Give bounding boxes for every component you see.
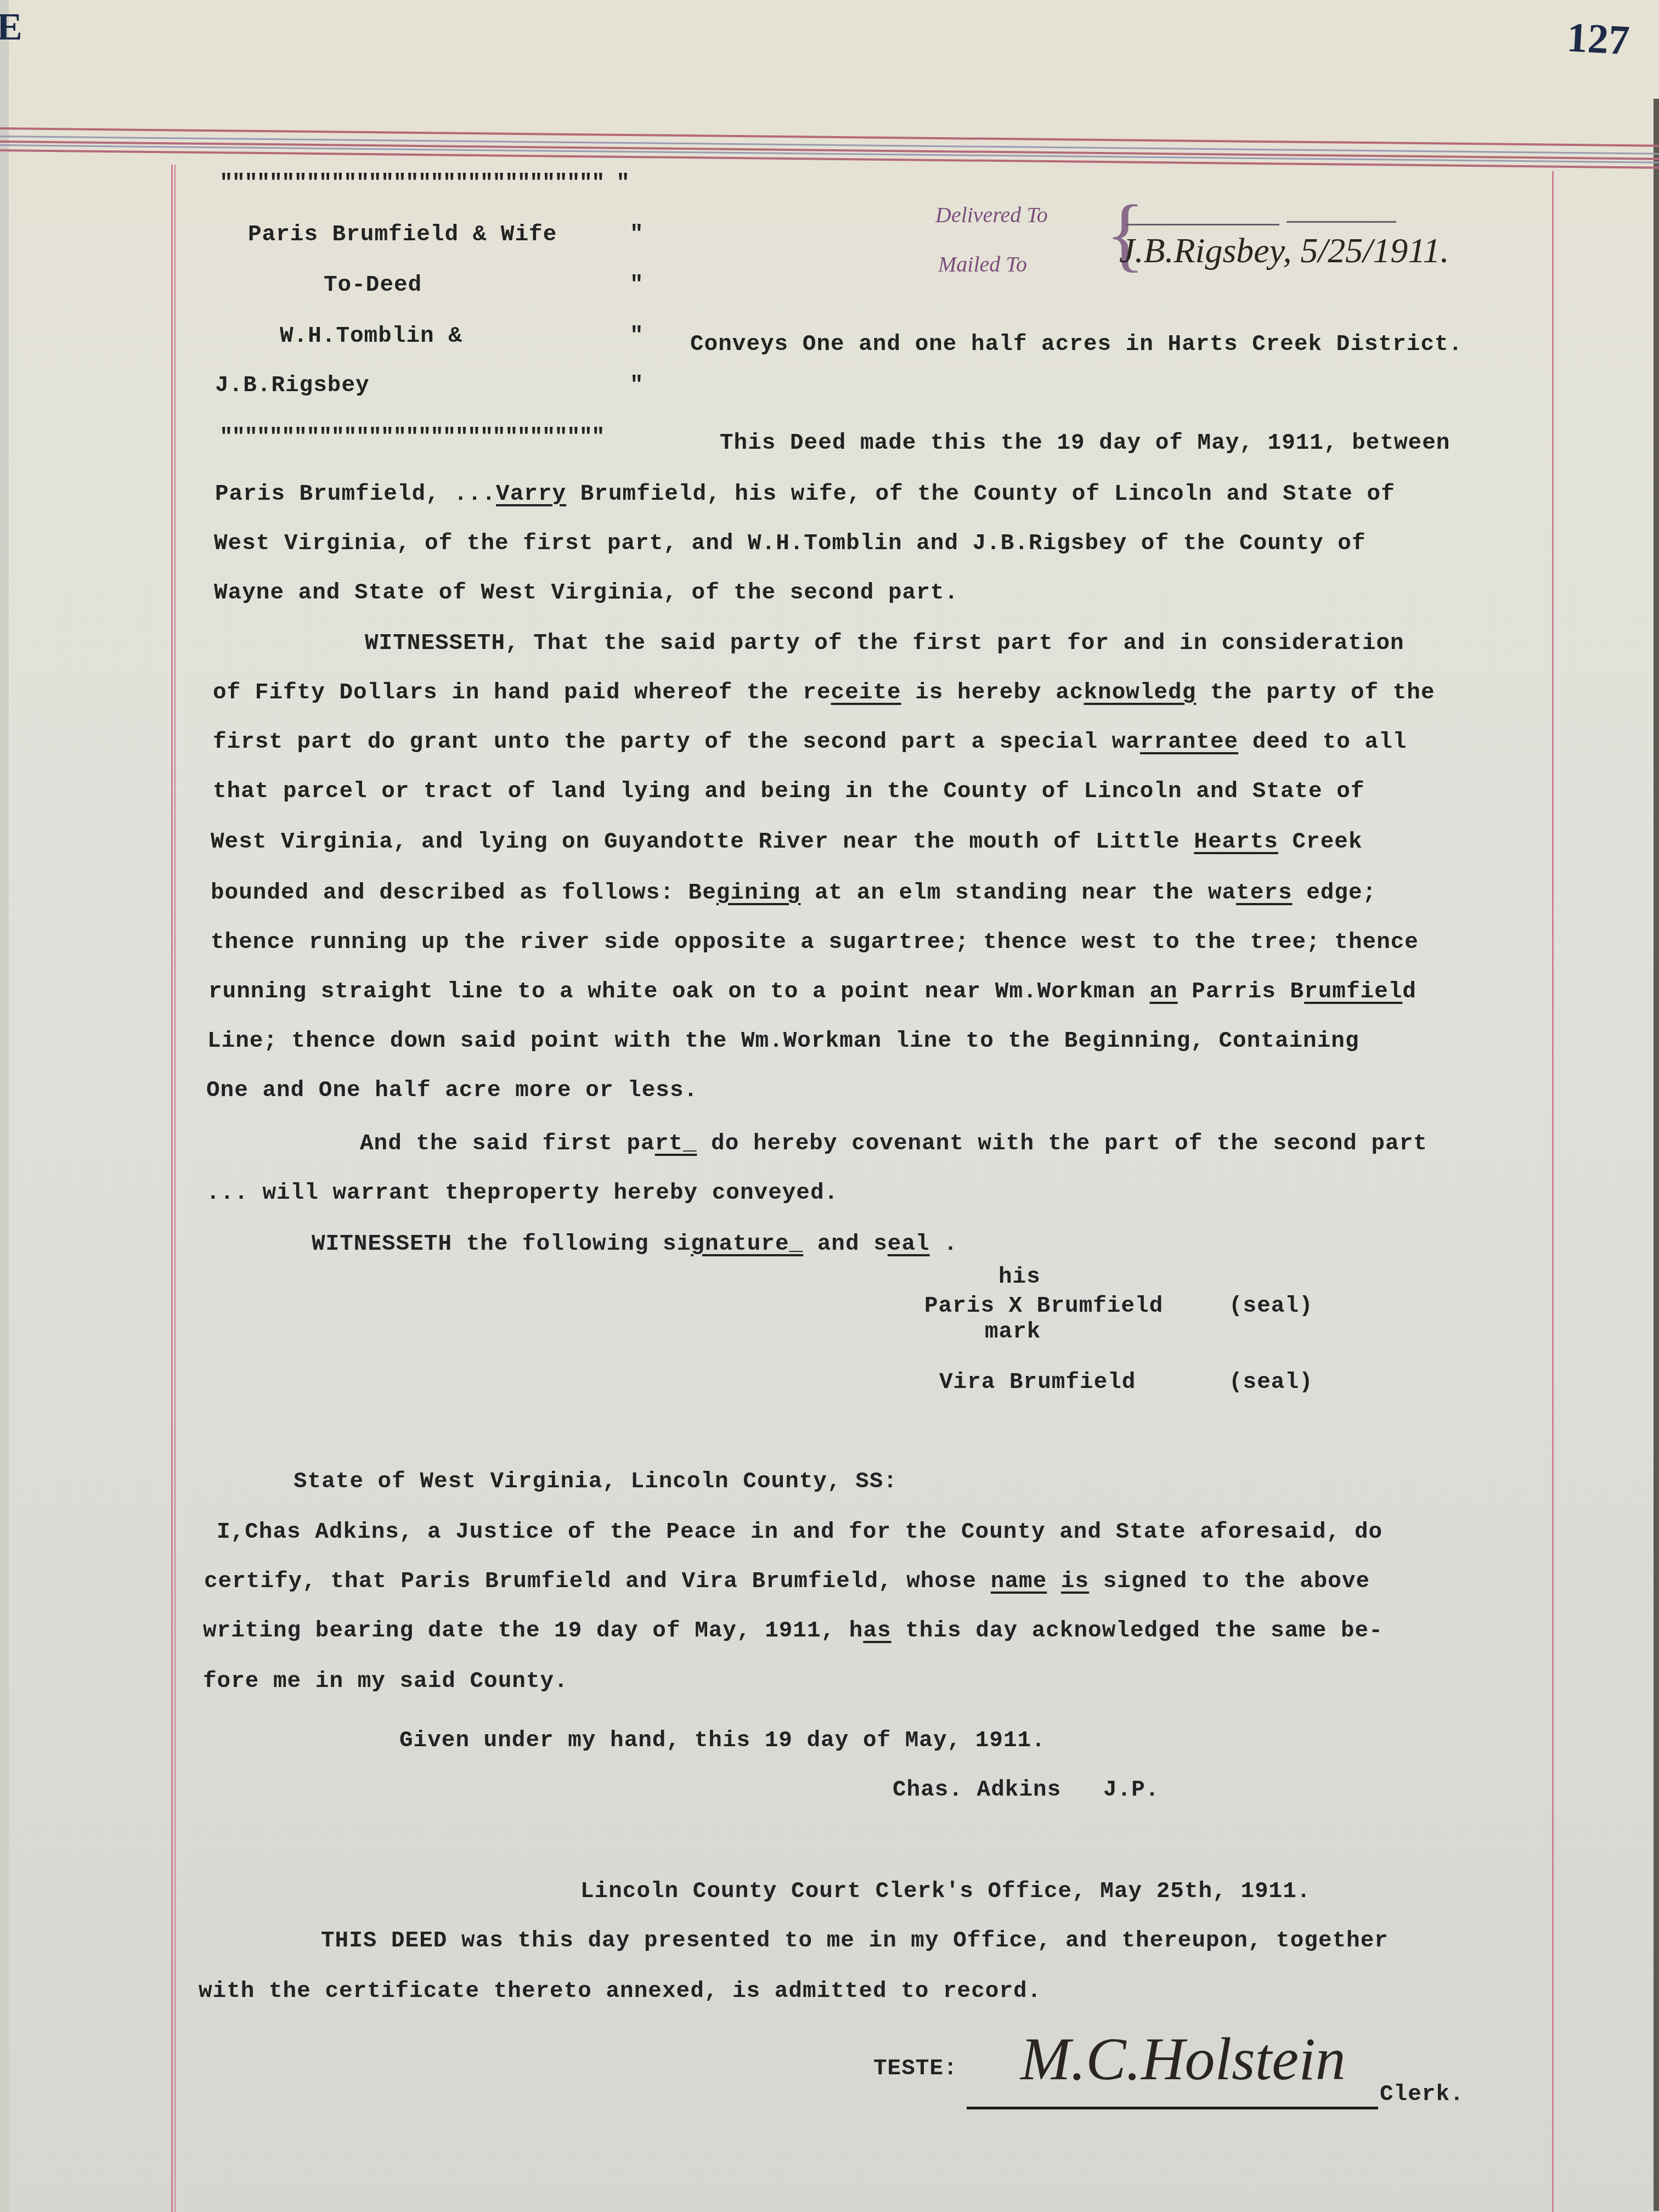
deed-line: Paris Brumfield, ...Varry Brumfield, his… <box>215 482 1395 507</box>
deed-line: This Deed made this the 19 day of May, 1… <box>720 431 1450 456</box>
deed-line: that parcel or tract of land lying and b… <box>213 779 1365 804</box>
deed-line: ... will warrant theproperty hereby conv… <box>206 1181 838 1206</box>
left-page-edge <box>0 0 9 2212</box>
right-book-edge <box>1654 99 1659 2211</box>
deed-line: first part do grant unto the party of th… <box>213 730 1407 755</box>
deed-line: West Virginia, of the first part, and W.… <box>214 531 1366 556</box>
deed-line: bounded and described as follows: Begini… <box>211 881 1376 906</box>
quote-row-top: """"""""""""""""""""""""""""""" " <box>219 171 629 196</box>
delivered-to-blank <box>1286 221 1396 223</box>
quote-row-bottom: """"""""""""""""""""""""""""""" <box>219 425 604 450</box>
wife-signature: Vira Brumfield <box>939 1370 1136 1395</box>
deed-line: of Fifty Dollars in hand paid whereof th… <box>213 680 1435 706</box>
page-number: 127 <box>1566 14 1630 65</box>
grantor-signature: Paris X Brumfield <box>924 1294 1163 1319</box>
deed-line: And the said first part_ do hereby coven… <box>360 1131 1427 1156</box>
ditto-mark: " <box>630 373 644 398</box>
conveyance-summary: Conveys One and one half acres in Harts … <box>690 332 1463 357</box>
instrument-caption: To-Deed <box>324 273 422 298</box>
deed-line: running straight line to a white oak on … <box>208 979 1417 1005</box>
deed-line: thence running up the river side opposit… <box>211 930 1419 955</box>
edge-letter: E <box>0 5 22 49</box>
deed-line: One and One half acre more or less. <box>206 1078 698 1103</box>
left-margin-line <box>174 165 176 2212</box>
given-under-hand: Given under my hand, this 19 day of May,… <box>399 1728 1046 1753</box>
clerk-signature: M.C.Holstein <box>1020 2024 1346 2094</box>
seal-label: (seal) <box>1229 1294 1313 1319</box>
mark-label: mark <box>985 1319 1041 1345</box>
acknowledgment-line: certify, that Paris Brumfield and Vira B… <box>204 1569 1370 1594</box>
mailed-to-handwriting: J.B.Rigsbey, 5/25/1911. <box>1119 230 1449 271</box>
signature-line <box>967 2107 1378 2109</box>
acknowledgment-line: fore me in my said County. <box>203 1669 568 1694</box>
acknowledgment-line: I,Chas Adkins, a Justice of the Peace in… <box>217 1520 1383 1545</box>
recording-line-1: THIS DEED was this day presented to me i… <box>321 1928 1389 1954</box>
deed-line: Line; thence down said point with the Wm… <box>207 1029 1359 1054</box>
grantee-caption-2: J.B.Rigsbey <box>215 373 370 398</box>
acknowledgment-line: writing bearing date the 19 day of May, … <box>203 1618 1383 1644</box>
ditto-mark: " <box>630 222 644 247</box>
deed-line: Wayne and State of West Virginia, of the… <box>214 580 958 606</box>
ditto-mark: " <box>630 273 644 298</box>
right-margin-line <box>1552 171 1554 2212</box>
left-margin-line <box>171 165 173 2212</box>
venue: State of West Virginia, Lincoln County, … <box>294 1469 898 1494</box>
mailed-to-label: Mailed To <box>938 251 1027 277</box>
ditto-mark: " <box>630 324 644 349</box>
deed-line: WITNESSETH the following signature_ and … <box>312 1232 958 1257</box>
deed-line: West Virginia, and lying on Guyandotte R… <box>211 830 1363 855</box>
recording-line-2: with the certificate thereto annexed, is… <box>199 1979 1041 2004</box>
grantee-caption-1: W.H.Tomblin & <box>280 324 462 349</box>
delivered-to-label: Delivered To <box>935 202 1048 228</box>
grantor-caption: Paris Brumfield & Wife <box>248 222 557 247</box>
deed-line: WITNESSETH, That the said party of the f… <box>365 631 1404 656</box>
clerk-office-date: Lincoln County Court Clerk's Office, May… <box>580 1879 1311 1904</box>
his-label: his <box>998 1265 1041 1290</box>
delivered-to-blank <box>1126 224 1279 225</box>
teste-label: TESTE: <box>873 2056 958 2081</box>
justice-signature: Chas. Adkins J.P. <box>893 1778 1159 1803</box>
clerk-title: Clerk. <box>1380 2082 1464 2107</box>
seal-label: (seal) <box>1229 1370 1313 1395</box>
